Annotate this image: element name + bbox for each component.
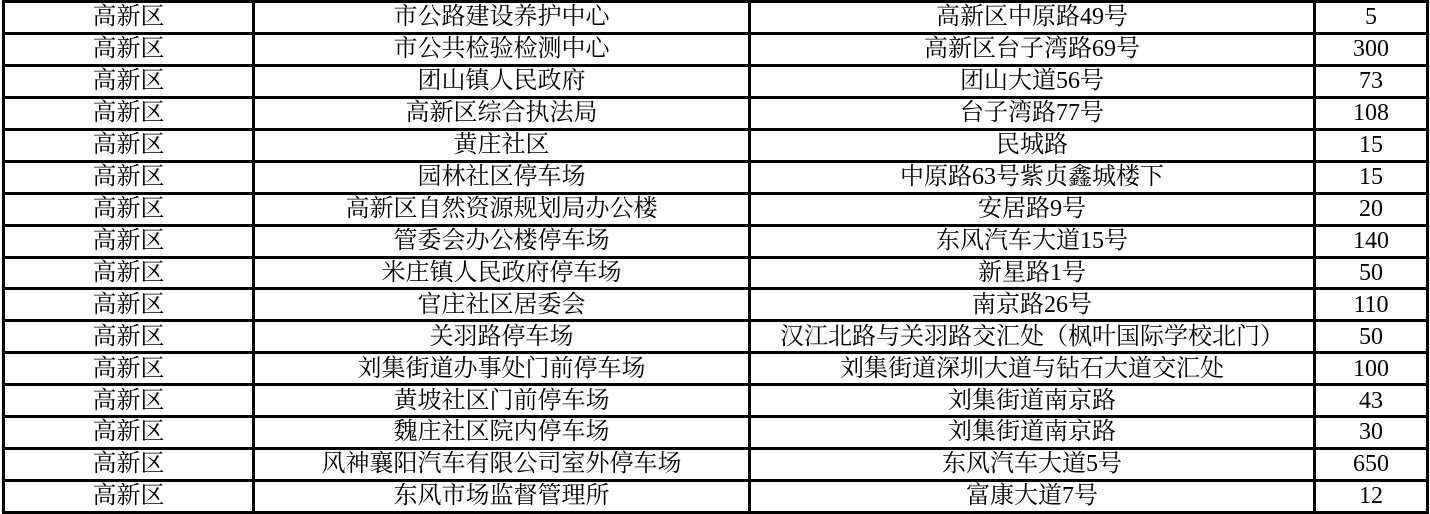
address-cell: 富康大道7号 <box>750 481 1315 513</box>
address-cell: 新星路1号 <box>750 257 1315 289</box>
capacity-cell: 50 <box>1315 257 1428 289</box>
capacity-cell: 5 <box>1315 2 1428 34</box>
table-row: 高新区 市公路建设养护中心 高新区中原路49号 5 <box>4 2 1428 34</box>
address-cell: 东风汽车大道5号 <box>750 449 1315 481</box>
district-cell: 高新区 <box>4 353 254 385</box>
district-cell: 高新区 <box>4 321 254 353</box>
address-cell: 汉江北路与关羽路交汇处（枫叶国际学校北门） <box>750 321 1315 353</box>
facility-name-cell: 黄庄社区 <box>254 129 750 161</box>
address-cell: 中原路63号紫贞鑫城楼下 <box>750 161 1315 193</box>
district-cell: 高新区 <box>4 2 254 34</box>
address-cell: 刘集街道南京路 <box>750 417 1315 449</box>
capacity-cell: 73 <box>1315 65 1428 97</box>
capacity-cell: 100 <box>1315 353 1428 385</box>
facility-name-cell: 园林社区停车场 <box>254 161 750 193</box>
district-cell: 高新区 <box>4 417 254 449</box>
facility-name-cell: 高新区自然资源规划局办公楼 <box>254 193 750 225</box>
table-row: 高新区 黄坡社区门前停车场 刘集街道南京路 43 <box>4 385 1428 417</box>
document-sheet: 高新区 市公路建设养护中心 高新区中原路49号 5 高新区 市公共检验检测中心 … <box>0 0 1430 514</box>
facility-name-cell: 管委会办公楼停车场 <box>254 225 750 257</box>
district-cell: 高新区 <box>4 33 254 65</box>
table-row: 高新区 高新区综合执法局 台子湾路77号 108 <box>4 97 1428 129</box>
facility-name-cell: 米庄镇人民政府停车场 <box>254 257 750 289</box>
facility-name-cell: 关羽路停车场 <box>254 321 750 353</box>
table-row: 高新区 米庄镇人民政府停车场 新星路1号 50 <box>4 257 1428 289</box>
facility-name-cell: 高新区综合执法局 <box>254 97 750 129</box>
district-cell: 高新区 <box>4 193 254 225</box>
table-row: 高新区 魏庄社区院内停车场 刘集街道南京路 30 <box>4 417 1428 449</box>
capacity-cell: 108 <box>1315 97 1428 129</box>
address-cell: 台子湾路77号 <box>750 97 1315 129</box>
address-cell: 高新区中原路49号 <box>750 2 1315 34</box>
table-row: 高新区 东风市场监督管理所 富康大道7号 12 <box>4 481 1428 513</box>
district-cell: 高新区 <box>4 65 254 97</box>
facility-name-cell: 官庄社区居委会 <box>254 289 750 321</box>
address-cell: 民城路 <box>750 129 1315 161</box>
capacity-cell: 650 <box>1315 449 1428 481</box>
table-body: 高新区 市公路建设养护中心 高新区中原路49号 5 高新区 市公共检验检测中心 … <box>4 2 1428 513</box>
capacity-cell: 43 <box>1315 385 1428 417</box>
table-row: 高新区 刘集街道办事处门前停车场 刘集街道深圳大道与钻石大道交汇处 100 <box>4 353 1428 385</box>
capacity-cell: 15 <box>1315 129 1428 161</box>
district-cell: 高新区 <box>4 481 254 513</box>
district-cell: 高新区 <box>4 257 254 289</box>
address-cell: 团山大道56号 <box>750 65 1315 97</box>
table-row: 高新区 官庄社区居委会 南京路26号 110 <box>4 289 1428 321</box>
district-cell: 高新区 <box>4 97 254 129</box>
facility-name-cell: 市公共检验检测中心 <box>254 33 750 65</box>
facility-name-cell: 市公路建设养护中心 <box>254 2 750 34</box>
table-row: 高新区 关羽路停车场 汉江北路与关羽路交汇处（枫叶国际学校北门） 50 <box>4 321 1428 353</box>
capacity-cell: 12 <box>1315 481 1428 513</box>
district-cell: 高新区 <box>4 289 254 321</box>
facility-name-cell: 魏庄社区院内停车场 <box>254 417 750 449</box>
facility-name-cell: 刘集街道办事处门前停车场 <box>254 353 750 385</box>
capacity-cell: 50 <box>1315 321 1428 353</box>
table-row: 高新区 市公共检验检测中心 高新区台子湾路69号 300 <box>4 33 1428 65</box>
facility-name-cell: 东风市场监督管理所 <box>254 481 750 513</box>
table-row: 高新区 黄庄社区 民城路 15 <box>4 129 1428 161</box>
address-cell: 高新区台子湾路69号 <box>750 33 1315 65</box>
capacity-cell: 110 <box>1315 289 1428 321</box>
district-cell: 高新区 <box>4 385 254 417</box>
capacity-cell: 30 <box>1315 417 1428 449</box>
district-cell: 高新区 <box>4 225 254 257</box>
facility-name-cell: 黄坡社区门前停车场 <box>254 385 750 417</box>
district-cell: 高新区 <box>4 161 254 193</box>
address-cell: 刘集街道南京路 <box>750 385 1315 417</box>
capacity-cell: 20 <box>1315 193 1428 225</box>
district-cell: 高新区 <box>4 449 254 481</box>
address-cell: 东风汽车大道15号 <box>750 225 1315 257</box>
capacity-cell: 300 <box>1315 33 1428 65</box>
facility-name-cell: 团山镇人民政府 <box>254 65 750 97</box>
district-cell: 高新区 <box>4 129 254 161</box>
parking-lots-table: 高新区 市公路建设养护中心 高新区中原路49号 5 高新区 市公共检验检测中心 … <box>2 0 1429 514</box>
table-row: 高新区 管委会办公楼停车场 东风汽车大道15号 140 <box>4 225 1428 257</box>
capacity-cell: 140 <box>1315 225 1428 257</box>
address-cell: 刘集街道深圳大道与钻石大道交汇处 <box>750 353 1315 385</box>
table-row: 高新区 风神襄阳汽车有限公司室外停车场 东风汽车大道5号 650 <box>4 449 1428 481</box>
table-row: 高新区 团山镇人民政府 团山大道56号 73 <box>4 65 1428 97</box>
table-row: 高新区 高新区自然资源规划局办公楼 安居路9号 20 <box>4 193 1428 225</box>
capacity-cell: 15 <box>1315 161 1428 193</box>
address-cell: 南京路26号 <box>750 289 1315 321</box>
table-row: 高新区 园林社区停车场 中原路63号紫贞鑫城楼下 15 <box>4 161 1428 193</box>
address-cell: 安居路9号 <box>750 193 1315 225</box>
facility-name-cell: 风神襄阳汽车有限公司室外停车场 <box>254 449 750 481</box>
